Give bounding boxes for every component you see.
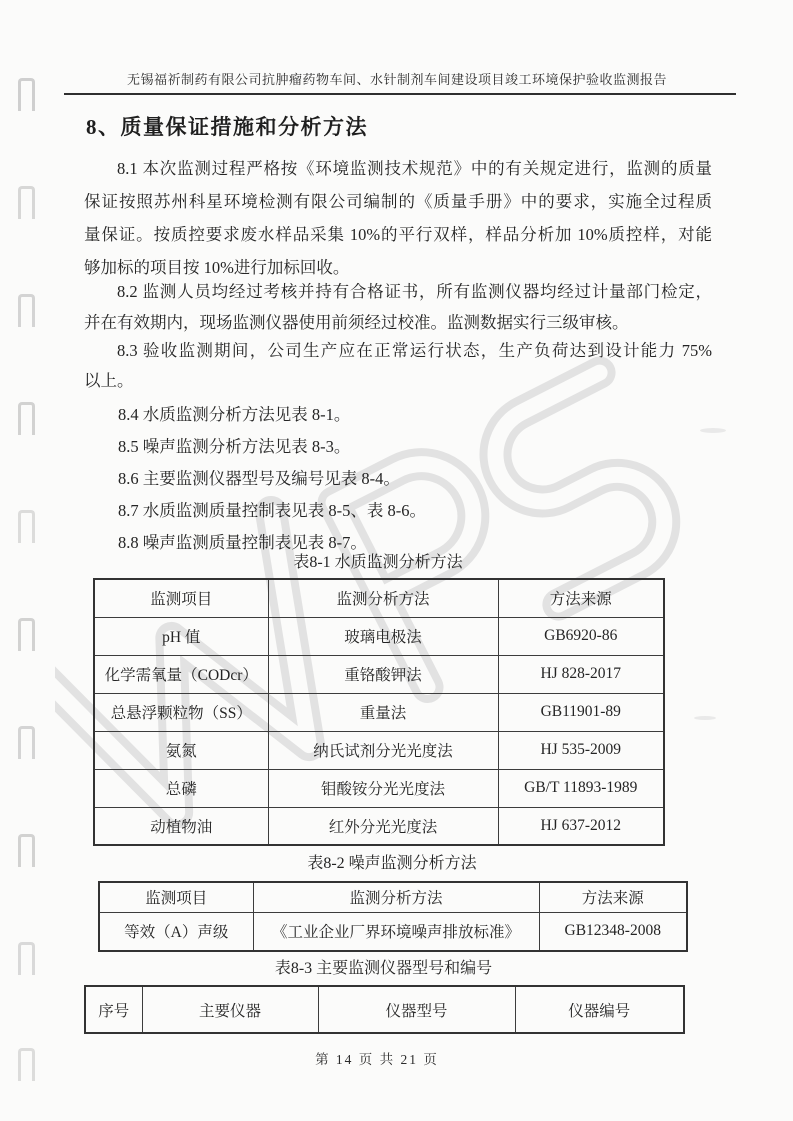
section-title: 8、质量保证措施和分析方法 (86, 111, 368, 141)
table-header-cell: 方法来源 (539, 882, 687, 912)
table-8-1-caption: 表8-1 水质监测分析方法 (93, 549, 663, 572)
table-8-2: 监测项目 监测分析方法 方法来源 等效（A）声级 《工业企业厂界环境噪声排放标准… (98, 881, 688, 952)
table-header-cell: 方法来源 (498, 579, 664, 617)
table-row: 等效（A）声级 《工业企业厂界环境噪声排放标准》 GB12348-2008 (99, 912, 687, 951)
table-8-3-caption: 表8-3 主要监测仪器型号和编号 (84, 955, 683, 978)
table-cell: GB12348-2008 (539, 912, 687, 951)
table-cell: pH 值 (94, 617, 268, 655)
table-cell: HJ 535-2009 (498, 731, 664, 769)
paragraph-8-3: 8.3 验收监测期间，公司生产应在正常运行状态，生产负荷达到设计能力 75% 以… (84, 336, 712, 396)
binding-hole-mark (18, 942, 35, 975)
table-cell: HJ 828-2017 (498, 655, 664, 693)
table-row: 监测项目 监测分析方法 方法来源 (94, 579, 664, 617)
table-header-cell: 仪器型号 (318, 986, 515, 1033)
table-cell: 《工业企业厂界环境噪声排放标准》 (253, 912, 539, 951)
table-cell: 化学需氧量（CODcr） (94, 655, 268, 693)
binding-hole-mark (18, 834, 35, 867)
table-row: 监测项目 监测分析方法 方法来源 (99, 882, 687, 912)
table-cell: 纳氏试剂分光光度法 (268, 731, 498, 769)
page-footer: 第 14 页 共 21 页 (0, 1048, 754, 1068)
table-header-cell: 监测项目 (94, 579, 268, 617)
paragraph-line: 8.1 本次监测过程严格按《环境监测技术规范》中的有关规定进行，监测的质量 (84, 152, 712, 185)
table-row: 总磷 钼酸铵分光光度法 GB/T 11893-1989 (94, 769, 664, 807)
table-cell: 玻璃电极法 (268, 617, 498, 655)
table-cell: GB11901-89 (498, 693, 664, 731)
binding-hole-mark (18, 402, 35, 435)
table-header-cell: 监测分析方法 (253, 882, 539, 912)
table-cell: 氨氮 (94, 731, 268, 769)
table-cell: 重量法 (268, 693, 498, 731)
table-cell: 动植物油 (94, 807, 268, 845)
table-row: 总悬浮颗粒物（SS） 重量法 GB11901-89 (94, 693, 664, 731)
table-row: 序号 主要仪器 仪器型号 仪器编号 (85, 986, 684, 1033)
table-header-cell: 序号 (85, 986, 142, 1033)
paragraph-line: 量保证。按质控要求废水样品采集 10%的平行双样，样品分析加 10%质控样，对能 (84, 218, 712, 251)
table-header-cell: 主要仪器 (142, 986, 318, 1033)
paragraph-line: 8.2 监测人员均经过考核并持有合格证书，所有监测仪器均经过计量部门检定， (84, 276, 712, 307)
table-header-cell: 监测项目 (99, 882, 253, 912)
section-item-list: 8.4 水质监测分析方法见表 8-1。 8.5 噪声监测分析方法见表 8-3。 … (84, 399, 712, 559)
list-item-8-4: 8.4 水质监测分析方法见表 8-1。 (84, 399, 712, 431)
binding-hole-mark (18, 294, 35, 327)
paragraph-8-2: 8.2 监测人员均经过考核并持有合格证书，所有监测仪器均经过计量部门检定， 并在… (84, 276, 712, 338)
table-8-2-caption: 表8-2 噪声监测分析方法 (98, 850, 686, 873)
table-header-cell: 仪器编号 (515, 986, 684, 1033)
table-cell: 总悬浮颗粒物（SS） (94, 693, 268, 731)
document-page: 无锡福祈制药有限公司抗肿瘤药物车间、水针制剂车间建设项目竣工环境保护验收监测报告… (0, 0, 793, 1121)
list-item-8-7: 8.7 水质监测质量控制表见表 8-5、表 8-6。 (84, 495, 712, 527)
list-item-8-6: 8.6 主要监测仪器型号及编号见表 8-4。 (84, 463, 712, 495)
paragraph-line: 以上。 (84, 366, 712, 396)
binding-hole-mark (18, 78, 35, 111)
paragraph-line: 并在有效期内，现场监测仪器使用前须经过校准。监测数据实行三级审核。 (84, 307, 712, 338)
table-row: 动植物油 红外分光光度法 HJ 637-2012 (94, 807, 664, 845)
table-cell: 红外分光光度法 (268, 807, 498, 845)
list-item-8-5: 8.5 噪声监测分析方法见表 8-3。 (84, 431, 712, 463)
table-8-1: 监测项目 监测分析方法 方法来源 pH 值 玻璃电极法 GB6920-86 化学… (93, 578, 665, 846)
binding-hole-mark (18, 510, 35, 543)
binding-hole-mark (18, 186, 35, 219)
table-cell: 重铬酸钾法 (268, 655, 498, 693)
table-cell: 等效（A）声级 (99, 912, 253, 951)
table-header-cell: 监测分析方法 (268, 579, 498, 617)
table-cell: GB6920-86 (498, 617, 664, 655)
table-cell: GB/T 11893-1989 (498, 769, 664, 807)
page-header: 无锡福祈制药有限公司抗肿瘤药物车间、水针制剂车间建设项目竣工环境保护验收监测报告 (42, 69, 752, 88)
scan-smudge (694, 716, 716, 720)
paragraph-8-1: 8.1 本次监测过程严格按《环境监测技术规范》中的有关规定进行，监测的质量 保证… (84, 152, 712, 284)
table-cell: 钼酸铵分光光度法 (268, 769, 498, 807)
table-cell: HJ 637-2012 (498, 807, 664, 845)
binding-hole-mark (18, 618, 35, 651)
table-row: 氨氮 纳氏试剂分光光度法 HJ 535-2009 (94, 731, 664, 769)
header-rule (64, 93, 736, 95)
table-row: pH 值 玻璃电极法 GB6920-86 (94, 617, 664, 655)
table-cell: 总磷 (94, 769, 268, 807)
binding-hole-mark (18, 726, 35, 759)
paragraph-line: 8.3 验收监测期间，公司生产应在正常运行状态，生产负荷达到设计能力 75% (84, 336, 712, 366)
table-8-3: 序号 主要仪器 仪器型号 仪器编号 (84, 985, 685, 1034)
paragraph-line: 保证按照苏州科星环境检测有限公司编制的《质量手册》中的要求，实施全过程质 (84, 185, 712, 218)
table-row: 化学需氧量（CODcr） 重铬酸钾法 HJ 828-2017 (94, 655, 664, 693)
